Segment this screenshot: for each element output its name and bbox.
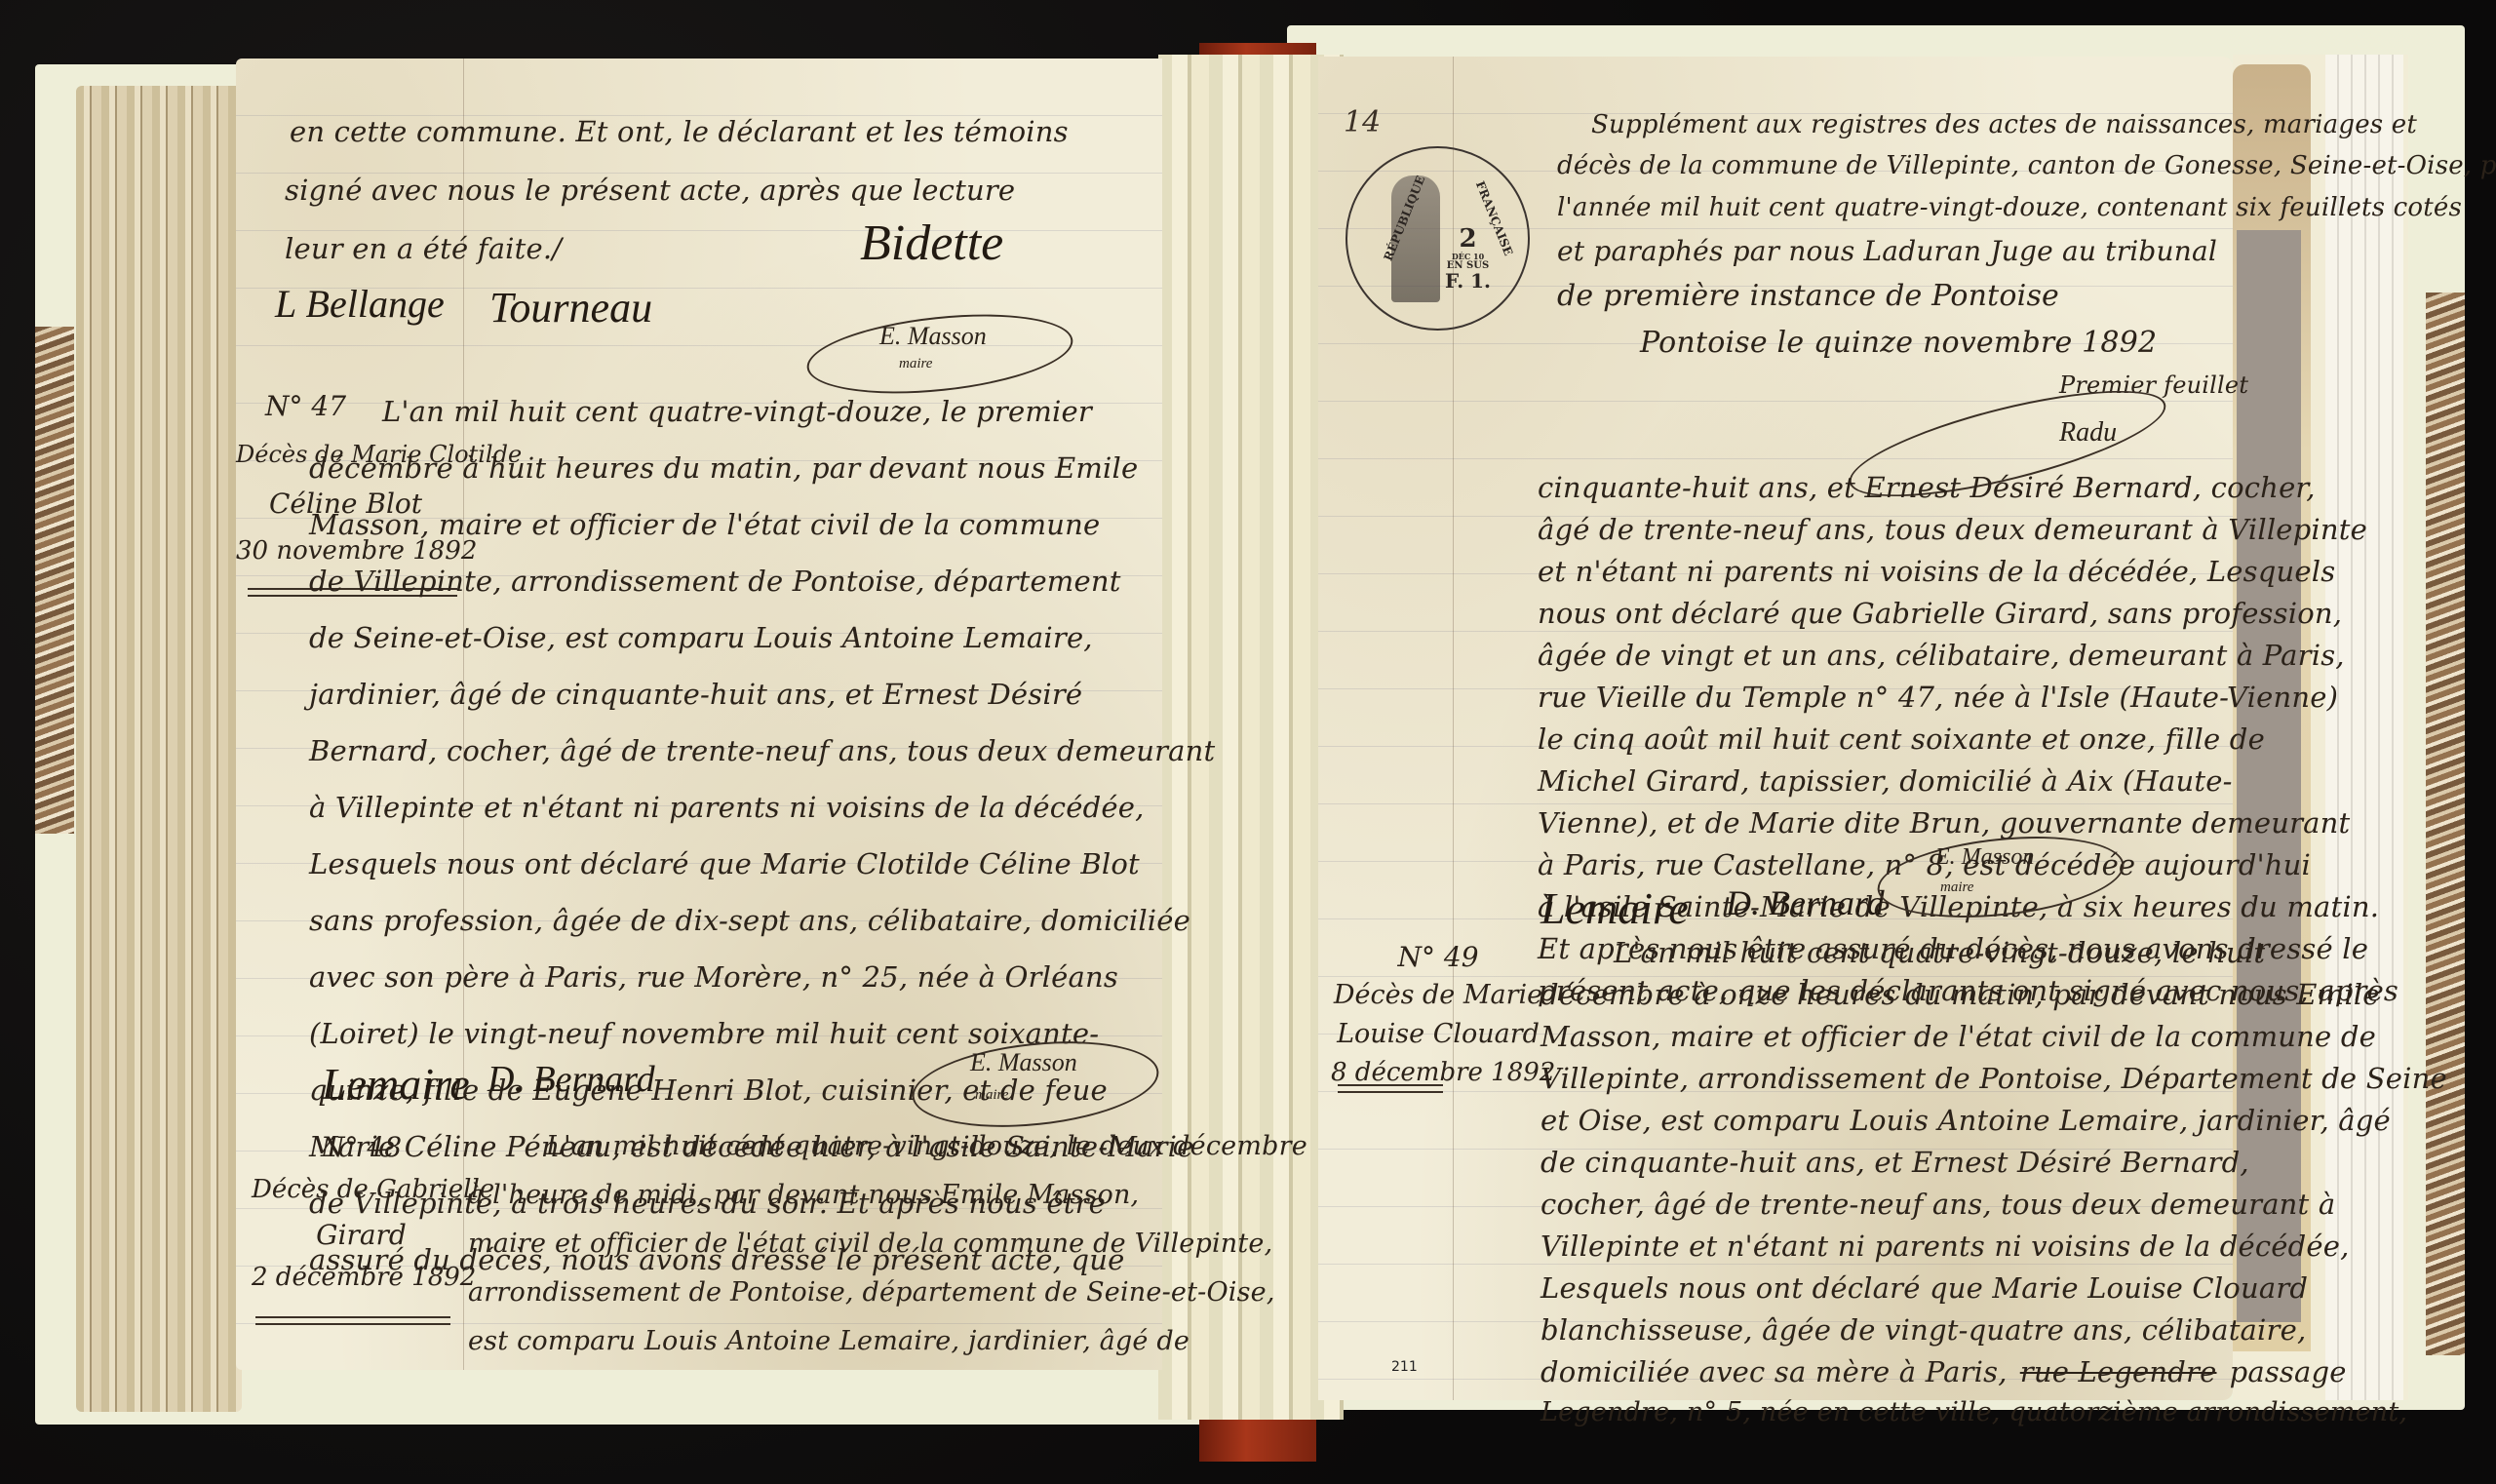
signature-declarant: Lemaire [322,1058,470,1110]
continuation-line: signé avec nous le présent acte, après q… [285,174,1015,207]
record-line: âgée de vingt et un ans, célibataire, de… [1538,639,2345,672]
record-line: blanchisseuse, âgée de vingt-quatre ans,… [1540,1313,2306,1347]
mayor-title: maire [975,1087,1008,1104]
record-line: arrondissement de Pontoise, département … [468,1277,1275,1308]
struck-out-text: rue Legendre [2020,1355,2217,1388]
mayor-signature: E. Masson [1935,844,2034,871]
stamp-value: 2 DÉC 10 EN SUS F. 1. [1445,226,1491,292]
signature-declarant: D. Bernard [1726,882,1885,923]
entry-separator [255,1316,450,1325]
record-line: de Seine-et-Oise, est comparu Louis Anto… [309,621,1093,654]
left-page: en cette commune. Et ont, le déclarant e… [236,59,1162,1370]
folio-number: 14 [1344,105,1381,139]
signature-witness: Bidette [860,215,1003,272]
page-edges-right [2325,55,2403,1400]
record-text: passage [2230,1355,2347,1388]
record-line: Vienne), et de Marie dite Brun, gouverna… [1538,806,2350,840]
revenue-stamp: RÉPUBLIQUE FRANÇAISE 2 DÉC 10 EN SUS F. … [1345,146,1530,331]
record-line: le cinq août mil huit cent soixante et o… [1538,722,2265,756]
page-stack-left [76,86,242,1412]
stamp-value-main: 2 [1445,226,1491,253]
record-line-with-correction: domiciliée avec sa mère à Paris, rue Leg… [1540,1355,2347,1388]
record-line: maire et officier de l'état civil de la … [468,1229,1272,1259]
signature-declarant: Lemaire [1540,882,1689,934]
header-date: Pontoise le quinze novembre 1892 [1640,326,2157,360]
mayor-title: maire [899,356,932,372]
record-line: L'an mil huit cent quatre-vingt-douze, l… [1614,936,2265,969]
record-line: Bernard, cocher, âgé de trente-neuf ans,… [309,734,1215,767]
record-line: Masson, maire et officier de l'état civi… [309,508,1100,541]
entry-separator [1338,1084,1443,1093]
entry-margin-name: Louise Clouard [1331,1019,1545,1049]
record-line: L'an mil huit cent quatre-vingt-douze, l… [382,395,1092,428]
record-text: domiciliée avec sa mère à Paris, [1540,1355,2008,1388]
entry-number: N° 47 [265,390,346,422]
marbled-endpaper-left [35,327,74,834]
record-line: à l'heure de midi, par devant nous Emile… [468,1180,1139,1210]
record-line: Michel Girard, tapissier, domicilié à Ai… [1538,764,2233,798]
entry-margin-name: Girard [252,1219,471,1251]
record-line: Lesquels nous ont déclaré que Marie Loui… [1540,1271,2308,1305]
record-line: cocher, âgé de trente-neuf ans, tous deu… [1540,1188,2335,1221]
record-line: de Villepinte, arrondissement de Pontois… [309,565,1121,598]
mayor-title: maire [1940,879,1973,896]
record-line: nous ont déclaré que Gabrielle Girard, s… [1538,597,2342,630]
record-line: de cinquante-huit ans, et Ernest Désiré … [1540,1146,2249,1179]
record-line: et n'étant ni parents ni voisins de la d… [1538,555,2335,588]
continuation-line: en cette commune. Et ont, le déclarant e… [290,115,1069,148]
stamp-value-franc: F. 1. [1445,271,1491,292]
header-line: de première instance de Pontoise [1557,279,2059,313]
record-line: décembre à onze heures du matin, par dev… [1540,978,2380,1011]
entry-margin-title: Décès de Gabrielle [252,1175,471,1204]
page-number: 211 [1391,1359,1418,1375]
record-line: avec son père à Paris, rue Morère, n° 25… [309,960,1118,994]
record-line: Masson, maire et officier de l'état civi… [1540,1020,2376,1053]
signature-witness: Tourneau [489,283,652,332]
record-line: sans profession, âgée de dix-sept ans, c… [309,904,1190,937]
entry-number: N° 48 [252,1131,471,1163]
record-line: âgé de trente-neuf ans, tous deux demeur… [1538,513,2367,546]
entry-margin-title: Décès de Marie [1331,980,1545,1010]
mayor-signature: E. Masson [879,322,987,351]
record-line: Villepinte, arrondissement de Pontoise, … [1540,1062,2447,1095]
record-line: cinquante-huit ans, et Ernest Désiré Ber… [1538,471,2316,504]
record-line: et Oise, est comparu Louis Antoine Lemai… [1540,1104,2391,1137]
record-line: Legendre, n° 5, née en cette ville, quat… [1540,1397,2407,1427]
record-line: (Loiret) le vingt-neuf novembre mil huit… [309,1017,1099,1050]
record-line: jardinier, âgé de cinquante-huit ans, et… [309,678,1082,711]
header-line: l'année mil huit cent quatre-vingt-douze… [1557,193,2462,222]
record-line: à Villepinte et n'étant ni parents ni vo… [309,791,1144,824]
header-line: et paraphés par nous Laduran Juge au tri… [1557,235,2217,267]
signature-witness: L Bellange [275,281,445,327]
record-line: Lesquels nous ont déclaré que Marie Clot… [309,847,1140,880]
entry-number: N° 49 [1331,941,1545,973]
record-line: décembre à huit heures du matin, par dev… [309,451,1138,485]
record-line: Villepinte et n'étant ni parents ni vois… [1540,1230,2350,1263]
record-line: rue Vieille du Temple n° 47, née à l'Isl… [1538,681,2338,714]
marbled-endpaper-right [2426,293,2465,1355]
judge-signature: Radu [2059,417,2117,449]
record-line: est comparu Louis Antoine Lemaire, jardi… [468,1326,1189,1356]
mayor-signature-flourish [803,303,1076,405]
mayor-signature: E. Masson [970,1048,1077,1077]
continuation-line: leur en a été faite./ [285,232,562,265]
entry-margin-date: 2 décembre 1892 [252,1263,471,1292]
header-line: décès de la commune de Villepinte, canto… [1557,151,2496,180]
entry-margin-date: 8 décembre 1892 [1331,1058,1545,1087]
header-line: Supplément aux registres des actes de na… [1591,110,2417,139]
signature-declarant: D. Bernard [487,1058,655,1101]
record-line: L'an mil huit cent quatre-vingt-douze, l… [546,1131,1307,1161]
